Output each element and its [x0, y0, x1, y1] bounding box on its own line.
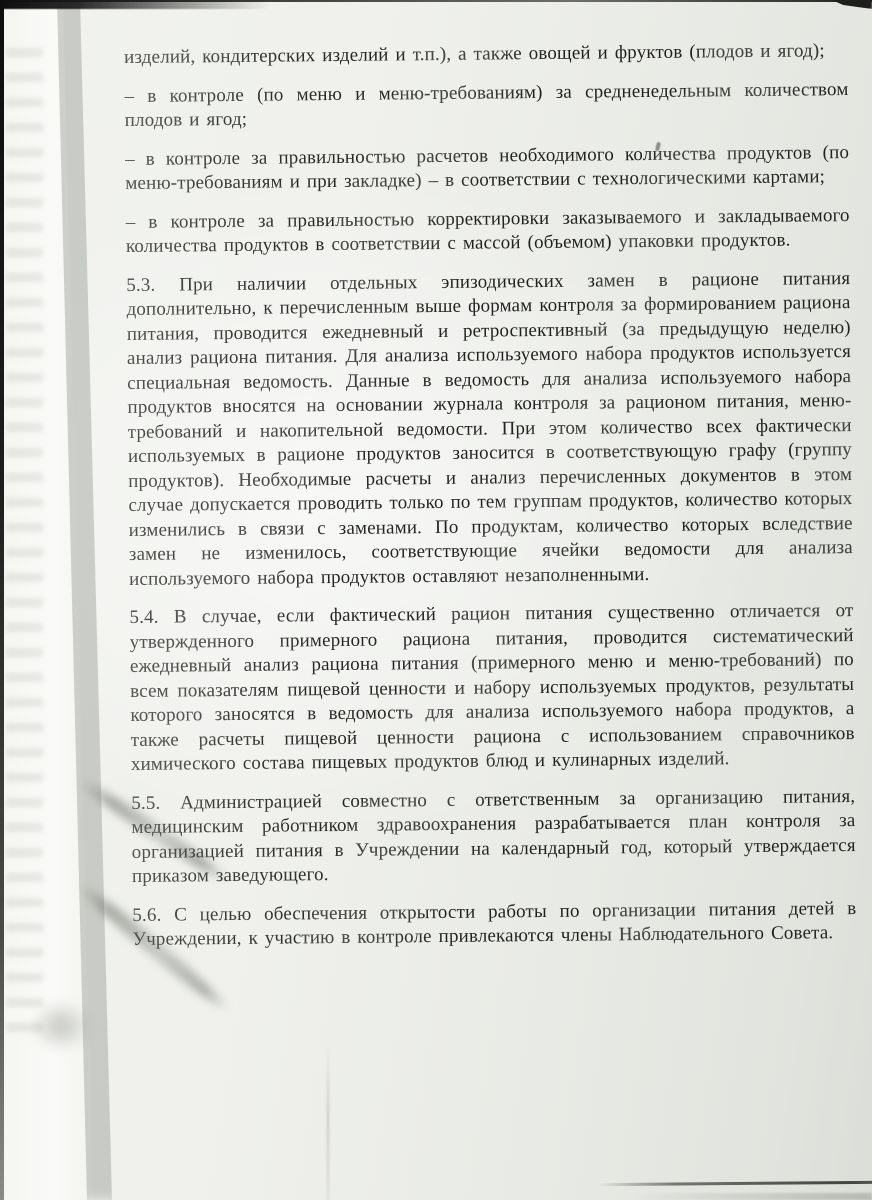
section-5-3-paragraph: 5.3. При наличии отдельных эпизодических… [126, 267, 853, 592]
bottom-right-shade [632, 1193, 872, 1200]
corner-shadow-blob [30, 1000, 92, 1052]
list-item-dash-2: – в контроле за правильностью расчетов н… [125, 141, 849, 197]
scan-top-left-edge [0, 0, 270, 9]
list-item-dash-3: – в контроле за правильностью корректиро… [126, 204, 850, 260]
scan-left-spine-edge [0, 0, 4, 1200]
document-body-text: изделий, кондитерских изделий и т.п.), а… [124, 39, 857, 966]
scan-top-right-edge [832, 0, 872, 9]
section-5-5-paragraph: 5.5. Администрацией совместно с ответств… [131, 785, 856, 890]
section-5-4-paragraph: 5.4. В случае, если фактический рацион п… [129, 599, 855, 777]
list-item-dash-1: – в контроле (по меню и меню-требованиям… [124, 78, 848, 134]
bottom-page-edge-line [598, 1181, 872, 1186]
scanned-page: изделий, кондитерских изделий и т.п.), а… [0, 0, 872, 1200]
section-5-6-paragraph: 5.6. С целью обеспечения открытости рабо… [132, 897, 856, 953]
bleedthrough-marks [6, 48, 43, 1038]
paper-crease-line [327, 1046, 329, 1200]
paragraph-continuation: изделий, кондитерских изделий и т.п.), а… [124, 39, 848, 70]
